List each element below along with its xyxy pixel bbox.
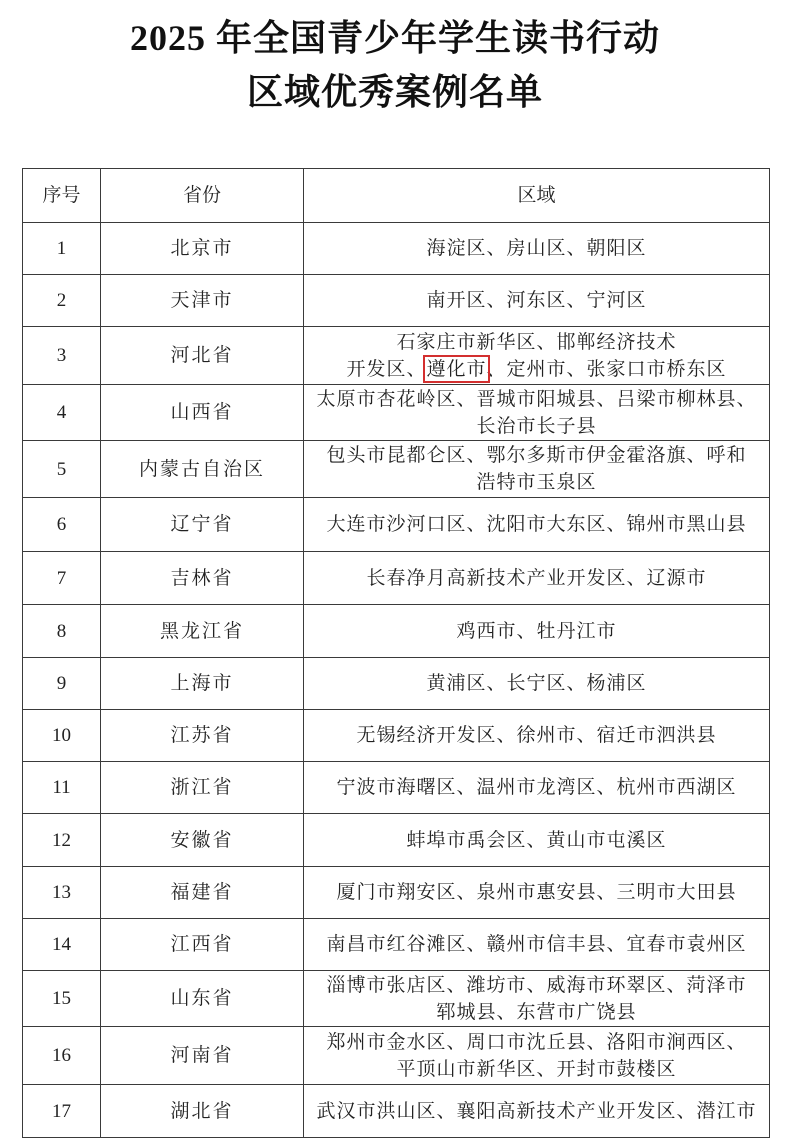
row-index: 7: [23, 552, 101, 605]
table-body: 1北京市海淀区、房山区、朝阳区2天津市南开区、河东区、宁河区3河北省石家庄市新华…: [23, 223, 770, 1138]
row-region: 南开区、河东区、宁河区: [304, 275, 770, 327]
region-line: 平顶山市新华区、开封市鼓楼区: [306, 1056, 767, 1083]
region-line: 石家庄市新华区、邯郸经济技术: [306, 329, 767, 356]
row-region: 淄博市张店区、潍坊市、威海市环翠区、菏泽市郓城县、东营市广饶县: [304, 971, 770, 1027]
row-province: 内蒙古自治区: [101, 441, 304, 498]
region-line: 南开区、河东区、宁河区: [306, 287, 767, 314]
table-row: 4山西省太原市杏花岭区、晋城市阳城县、吕梁市柳林县、长治市长子县: [23, 385, 770, 441]
row-index: 9: [23, 658, 101, 710]
row-index: 10: [23, 710, 101, 762]
row-region: 太原市杏花岭区、晋城市阳城县、吕梁市柳林县、长治市长子县: [304, 385, 770, 441]
table-row: 13福建省厦门市翔安区、泉州市惠安县、三明市大田县: [23, 867, 770, 919]
table-row: 8黑龙江省鸡西市、牡丹江市: [23, 605, 770, 658]
region-line: 无锡经济开发区、徐州市、宿迁市泗洪县: [306, 722, 767, 749]
row-province: 天津市: [101, 275, 304, 327]
table-row: 7吉林省长春净月高新技术产业开发区、辽源市: [23, 552, 770, 605]
row-province: 湖北省: [101, 1085, 304, 1138]
row-province: 上海市: [101, 658, 304, 710]
region-line: 宁波市海曙区、温州市龙湾区、杭州市西湖区: [306, 774, 767, 801]
region-line: 郑州市金水区、周口市沈丘县、洛阳市涧西区、: [306, 1029, 767, 1056]
row-region: 宁波市海曙区、温州市龙湾区、杭州市西湖区: [304, 762, 770, 814]
table-row: 9上海市黄浦区、长宁区、杨浦区: [23, 658, 770, 710]
region-line: 太原市杏花岭区、晋城市阳城县、吕梁市柳林县、: [306, 386, 767, 413]
row-province: 吉林省: [101, 552, 304, 605]
document-title-line1: 2025 年全国青少年学生读书行动: [0, 20, 790, 56]
row-province: 辽宁省: [101, 498, 304, 552]
row-index: 5: [23, 441, 101, 498]
row-index: 2: [23, 275, 101, 327]
region-line: 厦门市翔安区、泉州市惠安县、三明市大田县: [306, 879, 767, 906]
row-index: 11: [23, 762, 101, 814]
table-row: 14江西省南昌市红谷滩区、赣州市信丰县、宜春市袁州区: [23, 919, 770, 971]
table-row: 1北京市海淀区、房山区、朝阳区: [23, 223, 770, 275]
table-row: 2天津市南开区、河东区、宁河区: [23, 275, 770, 327]
highlighted-region: 遵化市: [426, 358, 486, 380]
row-region: 黄浦区、长宁区、杨浦区: [304, 658, 770, 710]
region-line: 长春净月高新技术产业开发区、辽源市: [306, 565, 767, 592]
row-region: 蚌埠市禹会区、黄山市屯溪区: [304, 814, 770, 867]
row-province: 山东省: [101, 971, 304, 1027]
row-province: 福建省: [101, 867, 304, 919]
region-line: 蚌埠市禹会区、黄山市屯溪区: [306, 827, 767, 854]
row-index: 8: [23, 605, 101, 658]
row-province: 江苏省: [101, 710, 304, 762]
region-text: 开发区、: [346, 358, 426, 380]
row-index: 1: [23, 223, 101, 275]
row-index: 4: [23, 385, 101, 441]
region-line: 南昌市红谷滩区、赣州市信丰县、宜春市袁州区: [306, 931, 767, 958]
region-line: 开发区、遵化市、定州市、张家口市桥东区: [306, 356, 767, 383]
region-line: 长治市长子县: [306, 413, 767, 440]
row-region: 无锡经济开发区、徐州市、宿迁市泗洪县: [304, 710, 770, 762]
document-title-line2: 区域优秀案例名单: [0, 74, 790, 110]
table-header-row: 序号 省份 区域: [23, 169, 770, 223]
row-region: 鸡西市、牡丹江市: [304, 605, 770, 658]
table-row: 10江苏省无锡经济开发区、徐州市、宿迁市泗洪县: [23, 710, 770, 762]
region-line: 黄浦区、长宁区、杨浦区: [306, 670, 767, 697]
row-region: 南昌市红谷滩区、赣州市信丰县、宜春市袁州区: [304, 919, 770, 971]
region-text: 、定州市、张家口市桥东区: [487, 358, 727, 380]
row-region: 包头市昆都仑区、鄂尔多斯市伊金霍洛旗、呼和浩特市玉泉区: [304, 441, 770, 498]
row-province: 北京市: [101, 223, 304, 275]
row-index: 6: [23, 498, 101, 552]
table-row: 17湖北省武汉市洪山区、襄阳高新技术产业开发区、潜江市: [23, 1085, 770, 1138]
region-line: 海淀区、房山区、朝阳区: [306, 235, 767, 262]
table-row: 6辽宁省大连市沙河口区、沈阳市大东区、锦州市黑山县: [23, 498, 770, 552]
region-line: 包头市昆都仑区、鄂尔多斯市伊金霍洛旗、呼和: [306, 442, 767, 469]
row-province: 河南省: [101, 1027, 304, 1085]
row-region: 武汉市洪山区、襄阳高新技术产业开发区、潜江市: [304, 1085, 770, 1138]
row-region: 长春净月高新技术产业开发区、辽源市: [304, 552, 770, 605]
table-row: 5内蒙古自治区包头市昆都仑区、鄂尔多斯市伊金霍洛旗、呼和浩特市玉泉区: [23, 441, 770, 498]
row-province: 江西省: [101, 919, 304, 971]
row-province: 黑龙江省: [101, 605, 304, 658]
row-index: 15: [23, 971, 101, 1027]
region-line: 大连市沙河口区、沈阳市大东区、锦州市黑山县: [306, 511, 767, 538]
table-row: 15山东省淄博市张店区、潍坊市、威海市环翠区、菏泽市郓城县、东营市广饶县: [23, 971, 770, 1027]
row-index: 12: [23, 814, 101, 867]
row-index: 14: [23, 919, 101, 971]
row-region: 大连市沙河口区、沈阳市大东区、锦州市黑山县: [304, 498, 770, 552]
row-region: 厦门市翔安区、泉州市惠安县、三明市大田县: [304, 867, 770, 919]
row-index: 16: [23, 1027, 101, 1085]
row-province: 河北省: [101, 327, 304, 385]
table-row: 12安徽省蚌埠市禹会区、黄山市屯溪区: [23, 814, 770, 867]
row-province: 安徽省: [101, 814, 304, 867]
row-index: 3: [23, 327, 101, 385]
case-list-table: 序号 省份 区域 1北京市海淀区、房山区、朝阳区2天津市南开区、河东区、宁河区3…: [22, 168, 770, 1138]
region-line: 武汉市洪山区、襄阳高新技术产业开发区、潜江市: [306, 1098, 767, 1125]
header-index: 序号: [23, 169, 101, 223]
region-line: 鸡西市、牡丹江市: [306, 618, 767, 645]
region-line: 淄博市张店区、潍坊市、威海市环翠区、菏泽市: [306, 972, 767, 999]
row-index: 17: [23, 1085, 101, 1138]
row-region: 海淀区、房山区、朝阳区: [304, 223, 770, 275]
table-row: 3河北省石家庄市新华区、邯郸经济技术开发区、遵化市、定州市、张家口市桥东区: [23, 327, 770, 385]
region-line: 浩特市玉泉区: [306, 469, 767, 496]
table-row: 16河南省郑州市金水区、周口市沈丘县、洛阳市涧西区、平顶山市新华区、开封市鼓楼区: [23, 1027, 770, 1085]
header-province: 省份: [101, 169, 304, 223]
row-region: 石家庄市新华区、邯郸经济技术开发区、遵化市、定州市、张家口市桥东区: [304, 327, 770, 385]
row-region: 郑州市金水区、周口市沈丘县、洛阳市涧西区、平顶山市新华区、开封市鼓楼区: [304, 1027, 770, 1085]
row-index: 13: [23, 867, 101, 919]
region-line: 郓城县、东营市广饶县: [306, 999, 767, 1026]
header-region: 区域: [304, 169, 770, 223]
table-row: 11浙江省宁波市海曙区、温州市龙湾区、杭州市西湖区: [23, 762, 770, 814]
row-province: 山西省: [101, 385, 304, 441]
row-province: 浙江省: [101, 762, 304, 814]
